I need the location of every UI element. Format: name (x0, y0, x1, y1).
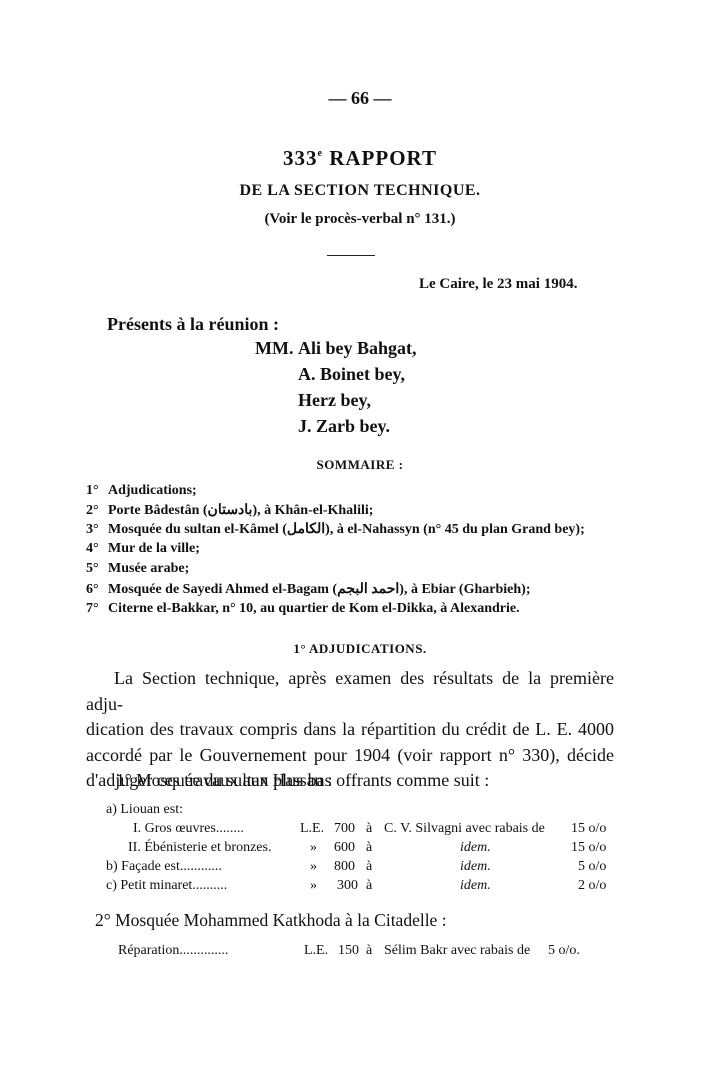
row-amount: 800 (334, 859, 355, 875)
divider (327, 255, 375, 256)
summary-item: 4°Mur de la ville; (86, 541, 200, 557)
summary-item-number: 3° (86, 522, 108, 538)
row-amount: 700 (334, 821, 355, 837)
summary-item-number: 6° (86, 582, 108, 598)
summary-item: 1°Adjudications; (86, 483, 197, 499)
row-label: a) Liouan est: (106, 802, 183, 817)
dateline: Le Caire, le 23 mai 1904. (419, 276, 577, 293)
row-currency: L.E. (300, 821, 324, 837)
row-currency: » (310, 859, 317, 875)
row-amount: 300 (337, 878, 358, 894)
row-a: à (366, 878, 372, 894)
summary-item-text: Mosquée de Sayedi Ahmed el-Bagam (احمد ا… (108, 582, 531, 597)
row-rebate: 2 o/o (578, 878, 606, 894)
row-rebate: 5 o/o. (548, 943, 580, 959)
summary-item-number: 4° (86, 541, 108, 557)
table-row: a) Liouan est: (106, 802, 183, 818)
member: A. Boinet bey, (298, 364, 405, 385)
summary-item-number: 7° (86, 601, 108, 617)
summary-item-text: Adjudications; (108, 483, 197, 498)
summary-item-text: Musée arabe; (108, 561, 189, 576)
summary-item: 3°Mosquée du sultan el-Kâmel (الكامل), à… (86, 521, 585, 538)
report-title: 333e RAPPORT (0, 146, 720, 171)
page-number: — 66 — (0, 88, 720, 109)
minutes-reference: (Voir le procès-verbal n° 131.) (0, 211, 720, 228)
row-contractor: C. V. Silvagni avec rabais de (384, 821, 545, 837)
row-amount: 600 (334, 840, 355, 856)
member: Herz bey, (298, 390, 371, 411)
member: Ali bey Bahgat, (298, 338, 417, 359)
summary-item-number: 5° (86, 561, 108, 577)
row-currency: » (310, 840, 317, 856)
row-label: Réparation.............. (118, 943, 228, 959)
summary-item-number: 2° (86, 503, 108, 519)
paragraph-line: La Section technique, après examen des r… (86, 666, 614, 717)
paragraph-line: accordé par le Gouvernement pour 1904 (v… (86, 743, 614, 769)
row-contractor: Sélim Bakr avec rabais de (384, 943, 530, 959)
row-label: I. Gros œuvres........ (133, 821, 244, 837)
summary-item: 2°Porte Bâdestân (بادستان), à Khân-el-Kh… (86, 502, 373, 519)
row-label: II. Ébénisterie et bronzes. (128, 840, 271, 856)
report-number: 333 (283, 146, 318, 170)
row-rebate: 15 o/o (571, 840, 606, 856)
report-word: RAPPORT (329, 146, 437, 170)
item-heading: 2° Mosquée Mohammed Katkhoda à la Citade… (95, 910, 447, 931)
row-a: à (366, 859, 372, 875)
row-rebate: 5 o/o (578, 859, 606, 875)
report-subtitle: DE LA SECTION TECHNIQUE. (0, 182, 720, 200)
row-rebate: 15 o/o (571, 821, 606, 837)
item-heading: 1° Mosquée du sultan Hassan : (116, 770, 333, 791)
summary-item: 5°Musée arabe; (86, 561, 189, 577)
row-label: c) Petit minaret.......... (106, 878, 227, 894)
summary-item-number: 1° (86, 483, 108, 499)
summary-item: 7°Citerne el-Bakkar, n° 10, au quartier … (86, 601, 520, 617)
member: J. Zarb bey. (298, 416, 390, 437)
attendance-label: Présents à la réunion : (107, 314, 279, 335)
row-contractor: idem. (460, 840, 491, 856)
paragraph-line: dication des travaux compris dans la rép… (86, 717, 614, 743)
row-currency: » (310, 878, 317, 894)
summary-item-text: Mosquée du sultan el-Kâmel (الكامل), à e… (108, 522, 585, 537)
row-a: à (366, 943, 372, 959)
row-currency: L.E. (304, 943, 328, 959)
summary-heading: SOMMAIRE : (0, 457, 720, 473)
row-a: à (366, 840, 372, 856)
row-a: à (366, 821, 372, 837)
report-number-suffix: e (318, 148, 323, 159)
section-heading: 1° ADJUDICATIONS. (0, 641, 720, 657)
summary-item-text: Porte Bâdestân (بادستان), à Khân-el-Khal… (108, 503, 373, 518)
summary-item: 6°Mosquée de Sayedi Ahmed el-Bagam (احمد… (86, 581, 531, 598)
attendance-prefix: MM. (255, 338, 293, 359)
summary-item-text: Citerne el-Bakkar, n° 10, au quartier de… (108, 601, 520, 616)
row-contractor: idem. (460, 859, 491, 875)
summary-item-text: Mur de la ville; (108, 541, 200, 556)
row-label: b) Façade est............ (106, 859, 222, 875)
row-amount: 150 (338, 943, 359, 959)
row-contractor: idem. (460, 878, 491, 894)
